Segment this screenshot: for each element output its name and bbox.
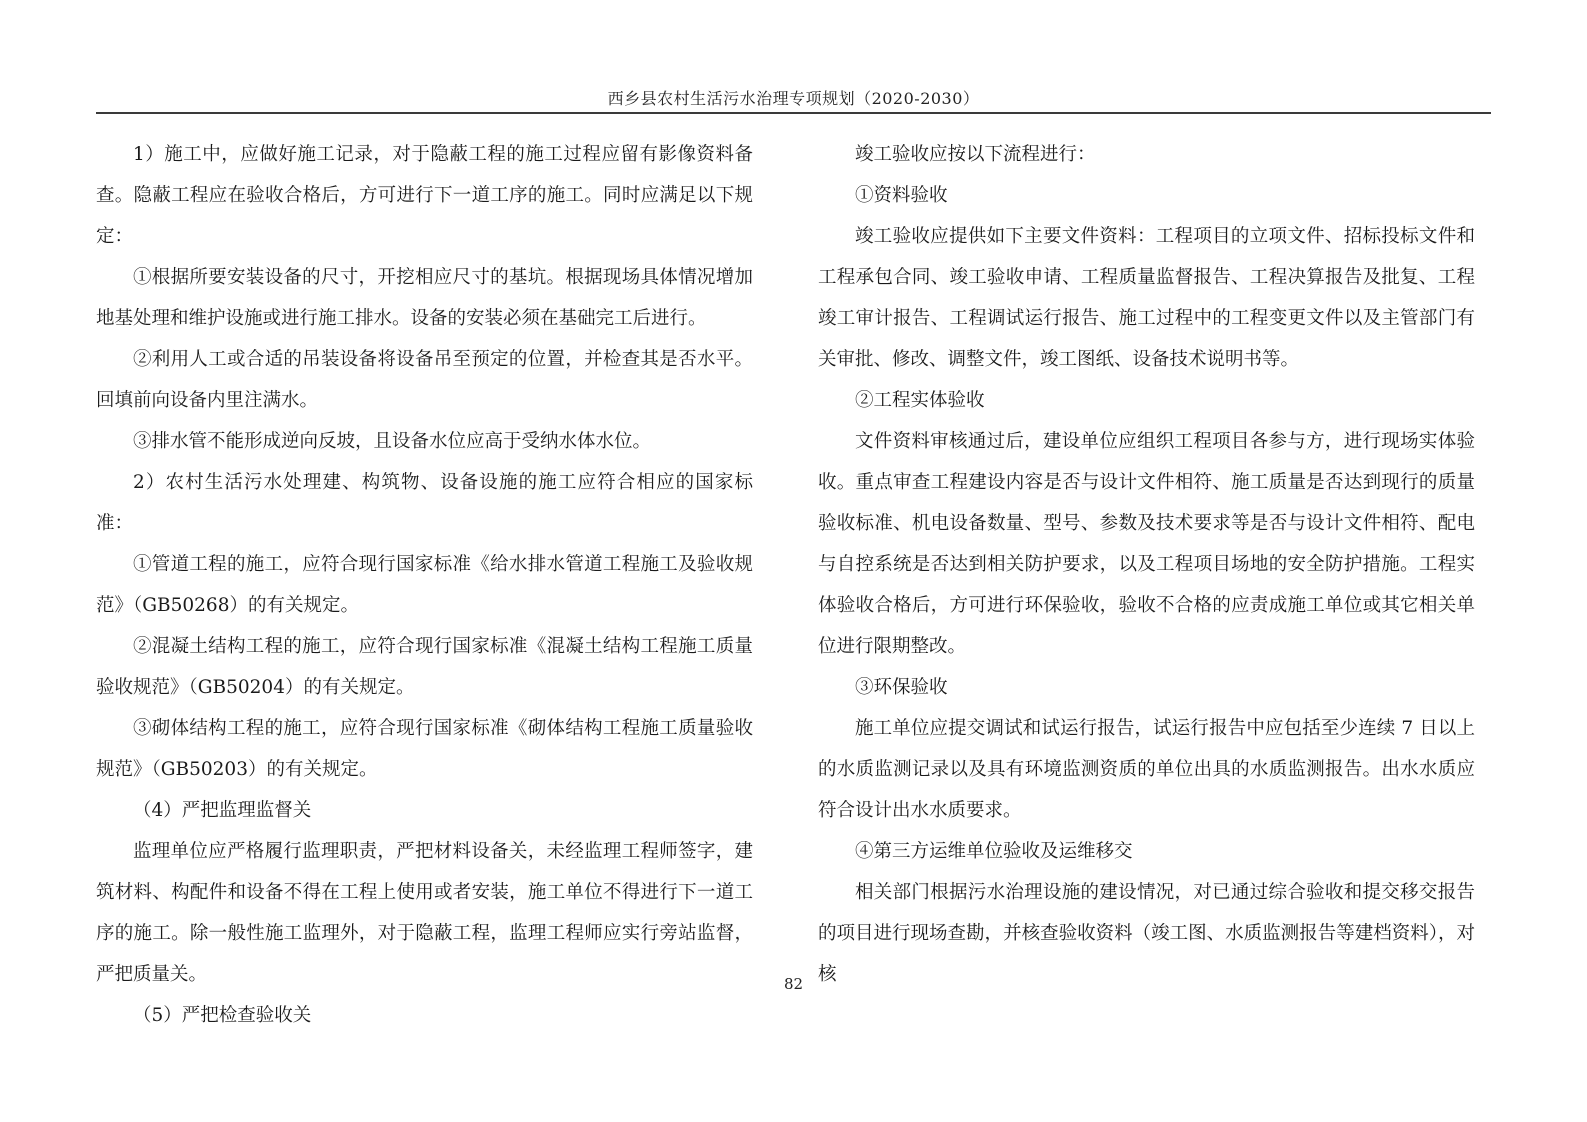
- document-title: 西乡县农村生活污水治理专项规划（2020-2030）: [0, 86, 1587, 109]
- paragraph: 竣工验收应按以下流程进行：: [818, 134, 1475, 175]
- paragraph: ③排水管不能形成逆向反坡，且设备水位应高于受纳水体水位。: [96, 421, 753, 462]
- paragraph: ①管道工程的施工，应符合现行国家标准《给水排水管道工程施工及验收规范》（GB50…: [96, 544, 753, 626]
- paragraph: ②利用人工或合适的吊装设备将设备吊至预定的位置，并检查其是否水平。回填前向设备内…: [96, 339, 753, 421]
- subsection-heading: ②工程实体验收: [818, 380, 1475, 421]
- subsection-heading: ①资料验收: [818, 175, 1475, 216]
- section-heading: （5）严把检查验收关: [96, 995, 753, 1036]
- paragraph: 施工单位应提交调试和试运行报告，试运行报告中应包括至少连续 7 日以上的水质监测…: [818, 708, 1475, 831]
- subsection-heading: ④第三方运维单位验收及运维移交: [818, 831, 1475, 872]
- page-number: 82: [0, 975, 1587, 993]
- paragraph: 文件资料审核通过后，建设单位应组织工程项目各参与方，进行现场实体验收。重点审查工…: [818, 421, 1475, 667]
- paragraph: 2）农村生活污水处理建、构筑物、设备设施的施工应符合相应的国家标准：: [96, 462, 753, 544]
- subsection-heading: ③环保验收: [818, 667, 1475, 708]
- paragraph: ②混凝土结构工程的施工，应符合现行国家标准《混凝土结构工程施工质量验收规范》（G…: [96, 626, 753, 708]
- paragraph: ①根据所要安装设备的尺寸，开挖相应尺寸的基坑。根据现场具体情况增加地基处理和维护…: [96, 257, 753, 339]
- section-heading: （4）严把监理监督关: [96, 790, 753, 831]
- header-divider: [96, 112, 1491, 114]
- left-column: 1）施工中，应做好施工记录，对于隐蔽工程的施工过程应留有影像资料备查。隐蔽工程应…: [96, 134, 753, 1036]
- paragraph: 竣工验收应提供如下主要文件资料：工程项目的立项文件、招标投标文件和工程承包合同、…: [818, 216, 1475, 380]
- paragraph: ③砌体结构工程的施工，应符合现行国家标准《砌体结构工程施工质量验收规范》（GB5…: [96, 708, 753, 790]
- paragraph: 监理单位应严格履行监理职责，严把材料设备关，未经监理工程师签字，建筑材料、构配件…: [96, 831, 753, 995]
- right-column: 竣工验收应按以下流程进行： ①资料验收 竣工验收应提供如下主要文件资料：工程项目…: [818, 134, 1475, 995]
- paragraph: 1）施工中，应做好施工记录，对于隐蔽工程的施工过程应留有影像资料备查。隐蔽工程应…: [96, 134, 753, 257]
